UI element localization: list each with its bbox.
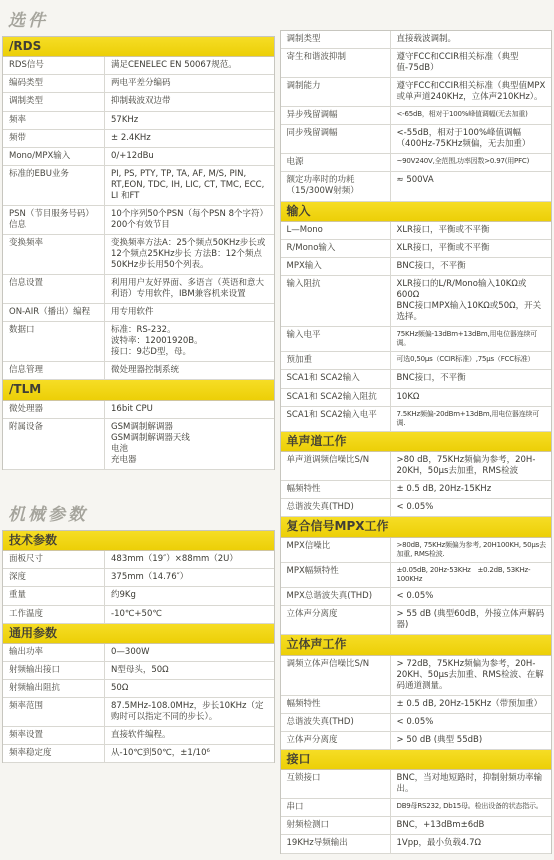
spec-value: 87.5MHz-108.0MHz，步长10KHz（定购时可以指定不同的步长）。 (105, 698, 274, 726)
spec-value: 1Vpp，最小负载4.7Ω (391, 835, 552, 852)
spec-value: 遵守FCC和CCIR相关标准（典型值MPX或单声道240KHz，立体声210KH… (391, 78, 552, 106)
spec-value: 50Ω (105, 680, 274, 697)
spec-value: 10KΩ (391, 389, 552, 406)
spec-label: 深度 (3, 569, 105, 586)
spec-label: 调制类型 (281, 31, 391, 48)
spec-value: 利用用户友好界面、多语言（英语和意大利语）专用软件，IBM兼容机来设置 (105, 275, 274, 303)
spec-row: 互锁接口BNC，当对地短路时，抑制射频功率输出。 (281, 770, 552, 799)
spec-row: 频率设置直接软件编程。 (3, 727, 274, 745)
spec-value: BNC，+13dBm±6dB (391, 817, 552, 834)
spec-value: ±0.05dB, 20Hz-53KHz ±0.2dB, 53KHz-100KHz (391, 563, 552, 587)
spec-row: 射频输出阻抗50Ω (3, 680, 274, 698)
spec-value: 75KHz频偏-13dBm+13dBm,用电位器连续可调。 (391, 327, 552, 351)
spec-label: 立体声分离度 (281, 606, 391, 634)
spec-row: 异步残留调幅<-65dB，相对于100%峰值调幅(无去加重) (281, 107, 552, 125)
spec-value: ± 2.4KHz (105, 130, 274, 147)
spec-row: 微处理器16bit CPU (3, 401, 274, 419)
spec-value: 从-10℃到50℃，±1/10⁶ (105, 745, 274, 762)
spec-row: 同步残留调幅<-55dB，相对于100%峰值调幅（400Hz-75KHz频偏，无… (281, 125, 552, 154)
spec-value: > 72dB，75KHz频偏为参考，20H-20KH、50μs去加重、RMS检波… (391, 656, 552, 695)
spec-label: 输入阻抗 (281, 276, 391, 326)
section-header: 复合信号MPX工作 (281, 517, 552, 537)
spec-row: MPX幅频特性±0.05dB, 20Hz-53KHz ±0.2dB, 53KHz… (281, 563, 552, 588)
spec-value: ± 0.5 dB, 20Hz-15KHz (391, 481, 552, 498)
spec-label: SCA1和 SCA2输入阻抗 (281, 389, 391, 406)
spec-row: 幅频特性± 0.5 dB, 20Hz-15KHz（带预加重） (281, 696, 552, 714)
spec-value: 变换频率方法A：25个频点50KHz步长或12个频点25KHz步长 方法B：12… (105, 235, 274, 274)
spec-sheet-page: 选件/RDSRDS信号满足CENELEC EN 50067规范。编码类型两电平差… (0, 0, 554, 860)
spec-value: > 50 dB (典型 55dB) (391, 732, 552, 749)
spec-value: > 55 dB (典型60dB，外接立体声解码器) (391, 606, 552, 634)
spec-row: 预加重可选0,50μs（CCIR标准）,75μs（FCC标准） (281, 352, 552, 370)
spec-label: 异步残留调幅 (281, 107, 391, 124)
spec-label: PSN（节目服务号码）信息 (3, 206, 105, 234)
spec-label: 总谐波失真(THD) (281, 714, 391, 731)
spec-label: L—Mono (281, 222, 391, 239)
spec-label: Mono/MPX输入 (3, 148, 105, 165)
spec-row: 频率范围87.5MHz-108.0MHz，步长10KHz（定购时可以指定不同的步… (3, 698, 274, 727)
spec-row: 单声道调频信噪比S/N>80 dB，75KHz频偏为参考，20H-20KH，50… (281, 452, 552, 481)
spec-label: 输入电平 (281, 327, 391, 351)
spec-value: 满足CENELEC EN 50067规范。 (105, 57, 274, 74)
spec-row: SCA1和 SCA2输入阻抗10KΩ (281, 389, 552, 407)
spec-row: SCA1和 SCA2输入电平7.5KHz频偏-20dBm+13dBm,用电位器连… (281, 407, 552, 432)
spec-label: 幅频特性 (281, 481, 391, 498)
spec-label: 数据口 (3, 322, 105, 361)
spec-value: >80dB, 75KHz频偏为参考, 20H100KH, 50μs去加重, RM… (391, 538, 552, 562)
section-header: 接口 (281, 750, 552, 770)
spec-row: 附属设备GSM调制解调器 GSM调制解调器天线 电池 充电器 (3, 419, 274, 470)
spec-table: 技术参数面板尺寸483mm（19″）×88mm（2U）深度375mm（14.76… (2, 530, 275, 763)
spec-label: MPX幅频特性 (281, 563, 391, 587)
spec-value: XLR接口，平衡或不平衡 (391, 240, 552, 257)
spec-value: 约9Kg (105, 587, 274, 604)
spec-label: MPX总谐波失真(THD) (281, 588, 391, 605)
spec-label: 变换频率 (3, 235, 105, 274)
spec-value: < 0.05% (391, 588, 552, 605)
spec-label: 射频检测口 (281, 817, 391, 834)
spec-value: ≈ 500VA (391, 172, 552, 200)
spec-label: 信息设置 (3, 275, 105, 303)
spec-row: 电源~90V240V,全范围,功率因数>0.97(用PFC) (281, 154, 552, 172)
spec-label: RDS信号 (3, 57, 105, 74)
spec-row: 变换频率变换频率方法A：25个频点50KHz步长或12个频点25KHz步长 方法… (3, 235, 274, 275)
spec-row: 调制能力遵守FCC和CCIR相关标准（典型值MPX或单声道240KHz，立体声2… (281, 78, 552, 107)
spec-row: 面板尺寸483mm（19″）×88mm（2U） (3, 551, 274, 569)
spec-label: 频率稳定度 (3, 745, 105, 762)
spec-value: 用专用软件 (105, 304, 274, 321)
spec-row: 频率57KHz (3, 112, 274, 130)
spec-label: 面板尺寸 (3, 551, 105, 568)
spec-value: <-65dB，相对于100%峰值调幅(无去加重) (391, 107, 552, 124)
section-header: /TLM (3, 380, 274, 400)
spec-row: 射频输出接口N型母头，50Ω (3, 662, 274, 680)
spec-value: GSM调制解调器 GSM调制解调器天线 电池 充电器 (105, 419, 274, 469)
spec-row: 额定功率时的功耗 （15/300W射频）≈ 500VA (281, 172, 552, 201)
spec-value: 7.5KHz频偏-20dBm+13dBm,用电位器连续可调. (391, 407, 552, 431)
spec-value: < 0.05% (391, 499, 552, 516)
spec-value: 标准：RS-232。 波特率：12001920B。 接口：9芯D型，母。 (105, 322, 274, 361)
spec-row: 信息设置利用用户友好界面、多语言（英语和意大利语）专用软件，IBM兼容机来设置 (3, 275, 274, 304)
spec-label: 频率范围 (3, 698, 105, 726)
spec-label: SCA1和 SCA2输入电平 (281, 407, 391, 431)
spec-value: 0—300W (105, 644, 274, 661)
spec-row: 调频立体声信噪比S/N> 72dB，75KHz频偏为参考，20H-20KH、50… (281, 656, 552, 696)
spec-value: 375mm（14.76″） (105, 569, 274, 586)
spec-label: 射频输出接口 (3, 662, 105, 679)
spec-table: 调制类型直接载波调制。寄生和谐波抑制遵守FCC和CCIR相关标准（典型值-75d… (280, 30, 553, 854)
spec-label: 频率 (3, 112, 105, 129)
right-column: 调制类型直接载波调制。寄生和谐波抑制遵守FCC和CCIR相关标准（典型值-75d… (280, 3, 553, 854)
spec-row: 幅频特性± 0.5 dB, 20Hz-15KHz (281, 481, 552, 499)
spec-row: 立体声分离度> 50 dB (典型 55dB) (281, 732, 552, 750)
spec-row: 信息管理微处理器控制系统 (3, 362, 274, 380)
spec-label: 单声道调频信噪比S/N (281, 452, 391, 480)
spec-row: 总谐波失真(THD)< 0.05% (281, 499, 552, 517)
spec-row: PSN（节目服务号码）信息10个序列50个PSN（每个PSN 8个字符）200个… (3, 206, 274, 235)
spec-row: SCA1和 SCA2输入BNC接口，不平衡 (281, 370, 552, 388)
spec-row: Mono/MPX输入0/+12dBu (3, 148, 274, 166)
spec-label: MPX信噪比 (281, 538, 391, 562)
spec-label: 电源 (281, 154, 391, 171)
spec-value: ± 0.5 dB, 20Hz-15KHz（带预加重） (391, 696, 552, 713)
spec-row: MPX信噪比>80dB, 75KHz频偏为参考, 20H100KH, 50μs去… (281, 538, 552, 563)
spec-row: 输出功率0—300W (3, 644, 274, 662)
spec-row: 编码类型两电平差分编码 (3, 75, 274, 93)
spec-row: 调制类型抑制载波双边带 (3, 93, 274, 111)
spec-row: RDS信号满足CENELEC EN 50067规范。 (3, 57, 274, 75)
spec-value: <-55dB，相对于100%峰值调幅（400Hz-75KHz频偏，无去加重） (391, 125, 552, 153)
spec-row: 射频检测口BNC，+13dBm±6dB (281, 817, 552, 835)
spec-row: 数据口标准：RS-232。 波特率：12001920B。 接口：9芯D型，母。 (3, 322, 274, 362)
spec-row: 工作温度-10℃+50℃ (3, 606, 274, 624)
spec-label: 预加重 (281, 352, 391, 369)
spec-label: ON-AIR（播出）编程 (3, 304, 105, 321)
spec-value: 16bit CPU (105, 401, 274, 418)
section-header: 立体声工作 (281, 635, 552, 655)
spec-label: 调制能力 (281, 78, 391, 106)
spec-label: 射频输出阻抗 (3, 680, 105, 697)
spec-value: BNC接口，不平衡 (391, 370, 552, 387)
spec-label: 频带 (3, 130, 105, 147)
spec-label: 寄生和谐波抑制 (281, 49, 391, 77)
spec-value: PI, PS, PTY, TP, TA, AF, M/S, PIN, RT,EO… (105, 166, 274, 205)
spec-label: 微处理器 (3, 401, 105, 418)
spec-value: XLR接口的L/R/Mono输入10KΩ或600Ω BNC接口MPX输入10KΩ… (391, 276, 552, 326)
spec-label: 信息管理 (3, 362, 105, 379)
spec-row: 调制类型直接载波调制。 (281, 31, 552, 49)
spec-label: 互锁接口 (281, 770, 391, 798)
spec-row: 深度375mm（14.76″） (3, 569, 274, 587)
spec-label: 频率设置 (3, 727, 105, 744)
column-title: 机械参数 (8, 500, 275, 525)
spec-label: 串口 (281, 799, 391, 816)
spec-row: 标准的EBU业务PI, PS, PTY, TP, TA, AF, M/S, PI… (3, 166, 274, 206)
spec-label: 标准的EBU业务 (3, 166, 105, 205)
spec-row: 总谐波失真(THD)< 0.05% (281, 714, 552, 732)
spec-row: 寄生和谐波抑制遵守FCC和CCIR相关标准（典型值-75dB） (281, 49, 552, 78)
spec-row: 串口DB9母RS232, Db15母。检出设备的状态指示。 (281, 799, 552, 817)
spec-row: MPX总谐波失真(THD)< 0.05% (281, 588, 552, 606)
spec-label: 幅频特性 (281, 696, 391, 713)
left-column: 选件/RDSRDS信号满足CENELEC EN 50067规范。编码类型两电平差… (2, 3, 275, 854)
spec-label: 附属设备 (3, 419, 105, 469)
spec-value: BNC接口，不平衡 (391, 258, 552, 275)
spec-label: 同步残留调幅 (281, 125, 391, 153)
spec-label: 工作温度 (3, 606, 105, 623)
section-header: 通用参数 (3, 624, 274, 644)
spec-value: 抑制载波双边带 (105, 93, 274, 110)
spec-value: 10个序列50个PSN（每个PSN 8个字符）200个有效节目 (105, 206, 274, 234)
spec-label: 编码类型 (3, 75, 105, 92)
spec-label: MPX输入 (281, 258, 391, 275)
spec-row: 输入电平75KHz频偏-13dBm+13dBm,用电位器连续可调。 (281, 327, 552, 352)
spec-row: 立体声分离度> 55 dB (典型60dB，外接立体声解码器) (281, 606, 552, 635)
spec-row: R/Mono输入XLR接口，平衡或不平衡 (281, 240, 552, 258)
spec-value: 0/+12dBu (105, 148, 274, 165)
spec-label: SCA1和 SCA2输入 (281, 370, 391, 387)
spec-label: 重量 (3, 587, 105, 604)
spec-label: 总谐波失真(THD) (281, 499, 391, 516)
spec-label: 19KHz导频输出 (281, 835, 391, 852)
spec-value: >80 dB，75KHz频偏为参考，20H-20KH，50μs去加重，RMS检波 (391, 452, 552, 480)
spec-value: 直接载波调制。 (391, 31, 552, 48)
spec-value: ~90V240V,全范围,功率因数>0.97(用PFC) (391, 154, 552, 171)
section-header: /RDS (3, 37, 274, 57)
spec-value: 两电平差分编码 (105, 75, 274, 92)
spec-value: 遵守FCC和CCIR相关标准（典型值-75dB） (391, 49, 552, 77)
spec-value: N型母头，50Ω (105, 662, 274, 679)
spec-label: R/Mono输入 (281, 240, 391, 257)
spec-row: MPX输入BNC接口，不平衡 (281, 258, 552, 276)
spec-row: 19KHz导频输出1Vpp，最小负载4.7Ω (281, 835, 552, 853)
spec-label: 额定功率时的功耗 （15/300W射频） (281, 172, 391, 200)
spec-label: 调制类型 (3, 93, 105, 110)
spec-value: 微处理器控制系统 (105, 362, 274, 379)
spec-row: 频带± 2.4KHz (3, 130, 274, 148)
section-header: 输入 (281, 202, 552, 222)
spec-row: L—MonoXLR接口，平衡或不平衡 (281, 222, 552, 240)
spec-value: 483mm（19″）×88mm（2U） (105, 551, 274, 568)
spec-value: XLR接口，平衡或不平衡 (391, 222, 552, 239)
spec-label: 调频立体声信噪比S/N (281, 656, 391, 695)
section-header: 技术参数 (3, 531, 274, 551)
spec-value: -10℃+50℃ (105, 606, 274, 623)
spec-value: BNC，当对地短路时，抑制射频功率输出。 (391, 770, 552, 798)
spec-row: ON-AIR（播出）编程用专用软件 (3, 304, 274, 322)
spec-table: /RDSRDS信号满足CENELEC EN 50067规范。编码类型两电平差分编… (2, 36, 275, 470)
spec-row: 重量约9Kg (3, 587, 274, 605)
spec-label: 输出功率 (3, 644, 105, 661)
spec-row: 输入阻抗XLR接口的L/R/Mono输入10KΩ或600Ω BNC接口MPX输入… (281, 276, 552, 327)
spec-value: < 0.05% (391, 714, 552, 731)
spec-value: 57KHz (105, 112, 274, 129)
spec-row: 频率稳定度从-10℃到50℃，±1/10⁶ (3, 745, 274, 763)
column-title: 选件 (8, 6, 275, 31)
spec-value: DB9母RS232, Db15母。检出设备的状态指示。 (391, 799, 552, 816)
spec-value: 直接软件编程。 (105, 727, 274, 744)
section-header: 单声道工作 (281, 432, 552, 452)
spec-label: 立体声分离度 (281, 732, 391, 749)
spec-value: 可选0,50μs（CCIR标准）,75μs（FCC标准） (391, 352, 552, 369)
